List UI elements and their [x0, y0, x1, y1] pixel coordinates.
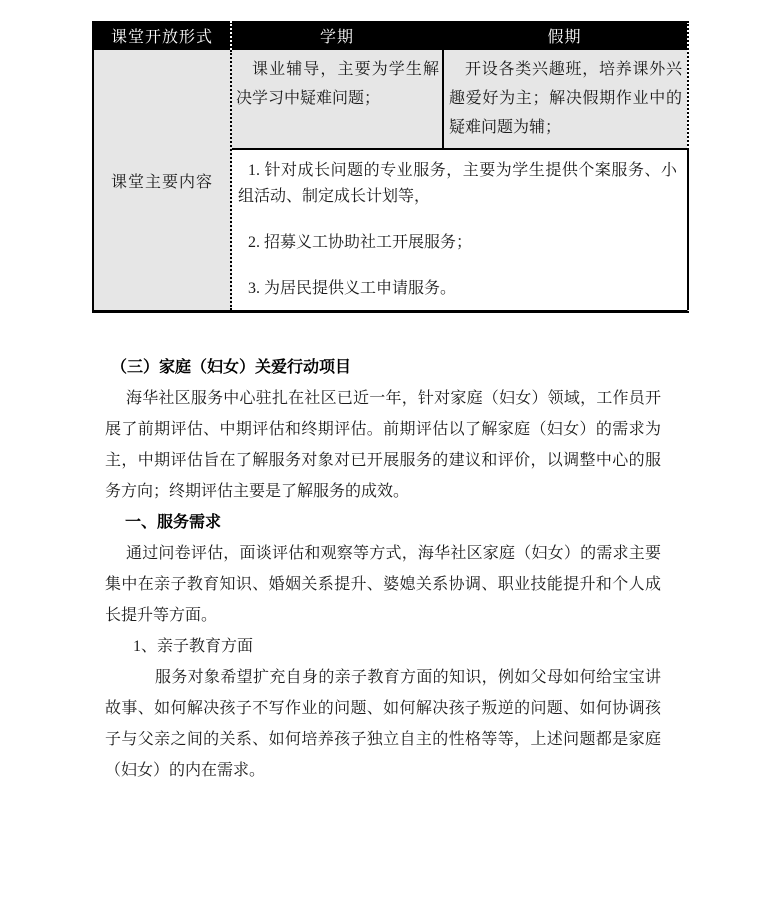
document-body: （三）家庭（妇女）关爱行动项目 海华社区服务中心驻扎在社区已近一年，针对家庭（妇… [105, 352, 661, 786]
table-header-row: 课堂开放形式 学期 假期 [94, 21, 687, 50]
document-page: 课堂开放形式 学期 假期 课堂主要内容 课业辅导，主要为学生解决学习中疑难问题；… [0, 0, 760, 900]
semester-cell-text: 课业辅导，主要为学生解决学习中疑难问题； [236, 55, 439, 113]
section-heading-needs: 一、服务需求 [105, 507, 661, 538]
table-content-column: 课业辅导，主要为学生解决学习中疑难问题； 开设各类兴趣班，培养课外兴趣爱好为主；… [232, 50, 687, 310]
vacation-cell-text: 开设各类兴趣班，培养课外兴趣爱好为主；解决假期作业中的疑难问题为辅； [449, 55, 682, 142]
paragraph-parenting: 服务对象希望扩充自身的亲子教育方面的知识，例如父母如何给宝宝讲故事、如何解决孩子… [105, 662, 661, 786]
paragraph-needs: 通过问卷评估，面谈评估和观察等方式，海华社区家庭（妇女）的需求主要集中在亲子教育… [105, 538, 661, 631]
header-cell-open-form: 课堂开放形式 [94, 21, 230, 50]
table-row-top: 课业辅导，主要为学生解决学习中疑难问题； 开设各类兴趣班，培养课外兴趣爱好为主；… [232, 50, 687, 148]
merged-list-item: 2. 招募义工协助社工开展服务； [238, 230, 677, 256]
header-cell-semester: 学期 [230, 21, 442, 50]
header-cell-vacation: 假期 [442, 21, 687, 50]
section-heading-family: （三）家庭（妇女）关爱行动项目 [105, 352, 661, 383]
table-body: 课堂主要内容 课业辅导，主要为学生解决学习中疑难问题； 开设各类兴趣班，培养课外… [94, 50, 687, 310]
semester-cell: 课业辅导，主要为学生解决学习中疑难问题； [232, 50, 444, 148]
paragraph-intro: 海华社区服务中心驻扎在社区已近一年，针对家庭（妇女）领域，工作员开展了前期评估、… [105, 383, 661, 507]
merged-content-cell: 1. 针对成长问题的专业服务，主要为学生提供个案服务、小组活动、制定成长计划等，… [232, 148, 689, 310]
merged-list-item: 1. 针对成长问题的专业服务，主要为学生提供个案服务、小组活动、制定成长计划等， [238, 158, 677, 210]
row-label-cell: 课堂主要内容 [94, 50, 232, 310]
vacation-cell: 开设各类兴趣班，培养课外兴趣爱好为主；解决假期作业中的疑难问题为辅； [444, 50, 687, 148]
sub-heading-parenting: 1、亲子教育方面 [105, 631, 661, 662]
classroom-table: 课堂开放形式 学期 假期 课堂主要内容 课业辅导，主要为学生解决学习中疑难问题；… [92, 21, 689, 313]
merged-list-item: 3. 为居民提供义工申请服务。 [238, 276, 677, 302]
